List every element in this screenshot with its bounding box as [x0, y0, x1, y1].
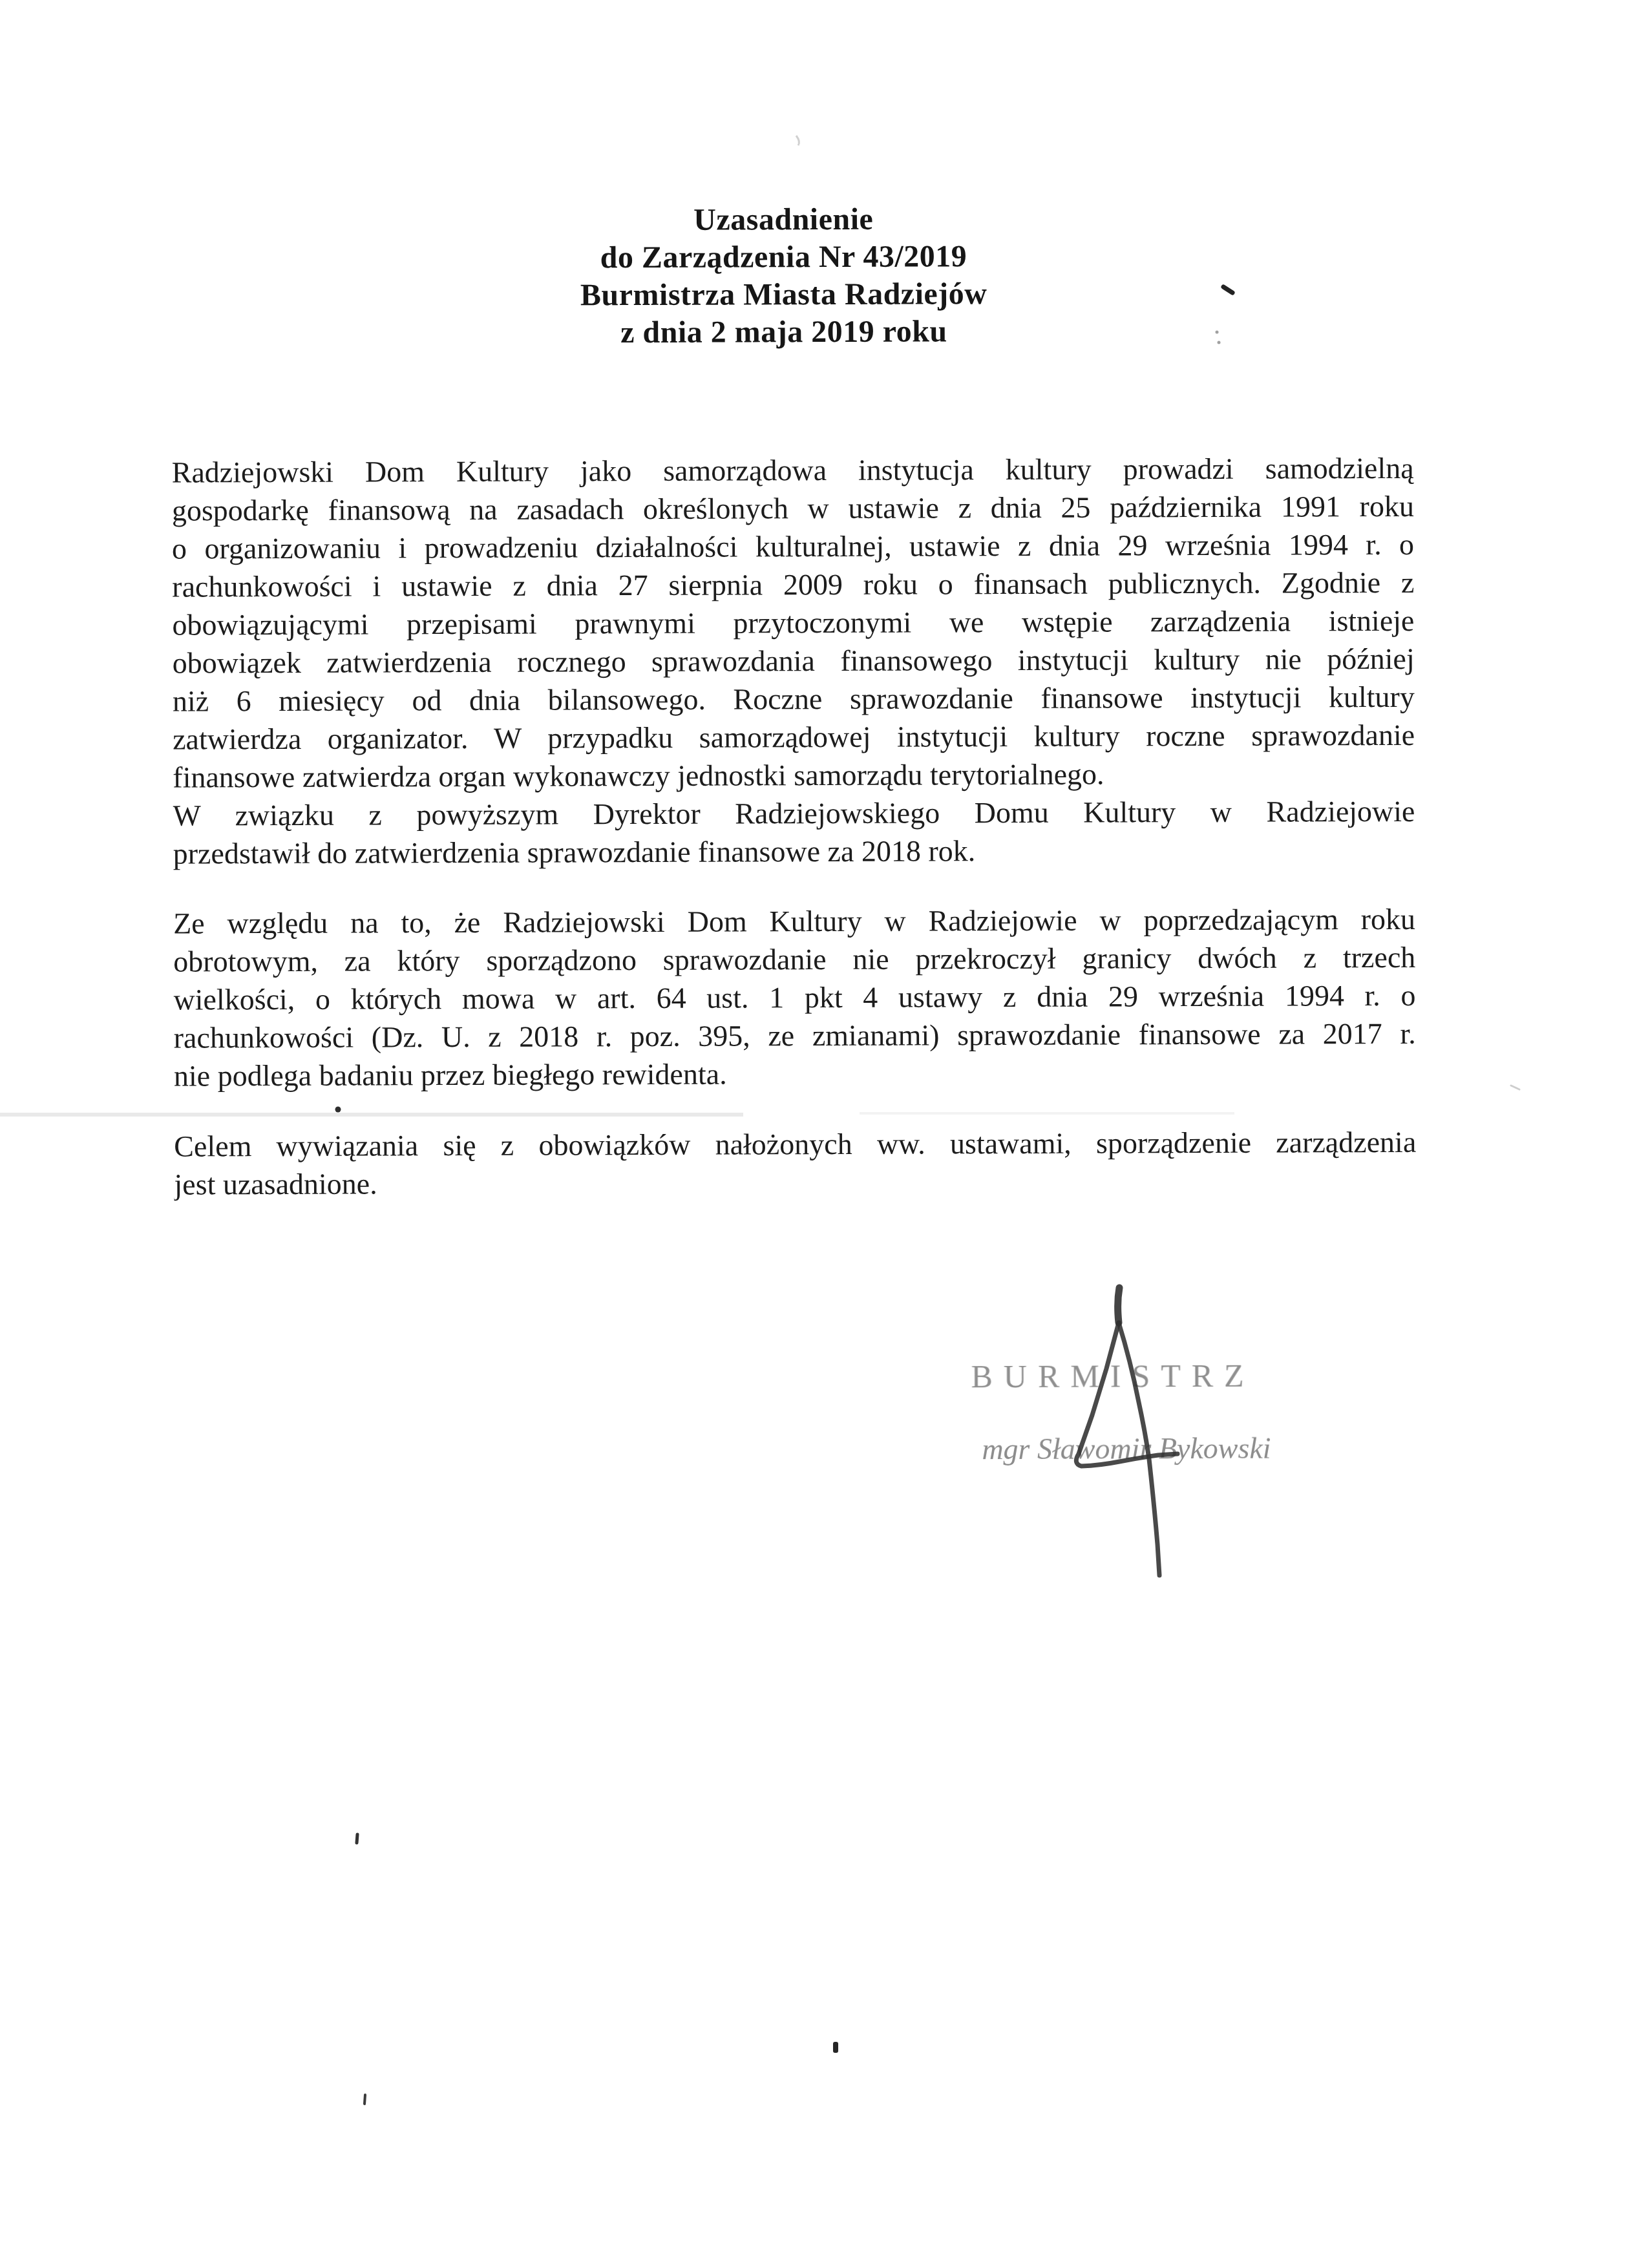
title-line-2: do Zarządzenia Nr 43/2019 — [0, 236, 1570, 278]
text-line: rachunkowości (Dz. U. z 2018 r. poz. 395… — [174, 1014, 1416, 1057]
text-line: jest uzasadnione. — [174, 1161, 1416, 1204]
paragraph-2: Ze względu na to, że Radziejowski Dom Ku… — [173, 900, 1416, 1095]
title-line-3: Burmistrza Miasta Radziejów — [0, 273, 1570, 316]
text-line: W związku z powyższym Dyrektor Radziejow… — [173, 792, 1415, 835]
text-line: obowiązek zatwierdzenia rocznego sprawoz… — [173, 640, 1415, 682]
text-line: zatwierdza organizator. W przypadku samo… — [173, 716, 1415, 759]
paragraph-1: Radziejowski Dom Kultury jako samorządow… — [172, 449, 1415, 797]
scan-content: Uzasadnienie do Zarządzenia Nr 43/2019 B… — [0, 0, 1648, 2268]
text-line: nie podlega badaniu przez biegłego rewid… — [174, 1053, 1416, 1095]
text-line: rachunkowości i ustawie z dnia 27 sierpn… — [172, 563, 1414, 606]
text-line: o organizowaniu i prowadzeniu działalnoś… — [172, 525, 1414, 568]
paragraph-3: Celem wywiązania się z obowiązków nałożo… — [174, 1123, 1416, 1204]
mayor-stamp-title: BURMISTRZ — [971, 1360, 1274, 1393]
text-line: wielkości, o których mowa w art. 64 ust.… — [173, 976, 1415, 1019]
text-line: Ze względu na to, że Radziejowski Dom Ku… — [173, 900, 1415, 943]
text-line: Radziejowski Dom Kultury jako samorządow… — [172, 449, 1414, 492]
scanned-page: Uzasadnienie do Zarządzenia Nr 43/2019 B… — [0, 0, 1648, 2268]
text-line: niż 6 miesięcy od dnia bilansowego. Rocz… — [173, 678, 1415, 720]
text-line: obowiązującymi przepisami prawnymi przyt… — [172, 602, 1414, 644]
text-line: Celem wywiązania się z obowiązków nałożo… — [174, 1123, 1416, 1166]
title-line-1: Uzasadnienie — [0, 198, 1569, 241]
title-line-4: z dnia 2 maja 2019 roku — [0, 311, 1570, 353]
text-line: gospodarkę finansową na zasadach określo… — [172, 487, 1414, 530]
document-title: Uzasadnienie do Zarządzenia Nr 43/2019 B… — [0, 198, 1570, 353]
paragraph-1-continued: W związku z powyższym Dyrektor Radziejow… — [173, 792, 1415, 873]
mayor-stamp-name: mgr Sławomir Bykowski — [942, 1433, 1311, 1464]
text-line: finansowe zatwierdza organ wykonawczy je… — [173, 754, 1415, 797]
text-line: przedstawił do zatwierdzenia sprawozdani… — [173, 830, 1415, 873]
text-line: obrotowym, za który sporządzono sprawozd… — [173, 938, 1415, 981]
